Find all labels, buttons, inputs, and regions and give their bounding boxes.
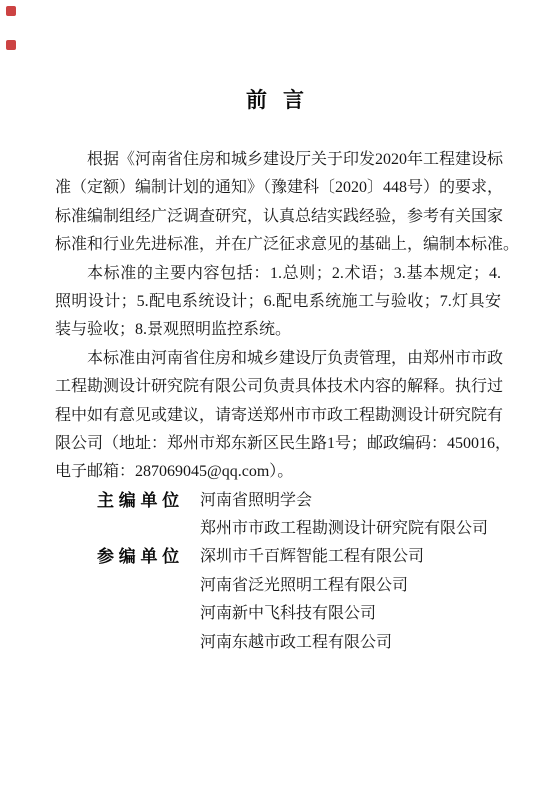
title-char-2: 言 — [283, 88, 304, 113]
body-line: 本标准由河南省住房和城乡建设厅负责管理，由郑州市市政 — [55, 345, 501, 373]
body-line: 本标准的主要内容包括：1.总则；2.术语；3.基本规定；4. — [55, 260, 501, 288]
body-line: 工程勘测设计研究院有限公司负责具体技术内容的解释。执行过 — [55, 373, 501, 401]
body-line: 准（定额）编制计划的通知》（豫建科〔2020〕448号）的要求， — [55, 174, 501, 202]
unit-name: 河南东越市政工程有限公司 — [200, 629, 392, 657]
co-editor-label: 参 编 单 位 — [97, 543, 179, 571]
unit-row: 河南省泛光照明工程有限公司 — [55, 572, 501, 600]
body-line: 装与验收；8.景观照明监控系统。 — [55, 316, 501, 344]
unit-row: 河南新中飞科技有限公司 — [55, 600, 501, 628]
unit-name: 深圳市千百辉智能工程有限公司 — [200, 543, 424, 571]
red-marker-bottom — [6, 40, 16, 50]
unit-name: 郑州市市政工程勘测设计研究院有限公司 — [200, 515, 488, 543]
body-text: 根据《河南省住房和城乡建设厅关于印发2020年工程建设标 准（定额）编制计划的通… — [55, 146, 501, 657]
body-line: 根据《河南省住房和城乡建设厅关于印发2020年工程建设标 — [55, 146, 501, 174]
unit-name: 河南新中飞科技有限公司 — [200, 600, 376, 628]
unit-row: 参 编 单 位 深圳市千百辉智能工程有限公司 — [55, 543, 501, 571]
unit-name: 河南省照明学会 — [200, 487, 312, 515]
body-line: 程中如有意见或建议，请寄送郑州市市政工程勘测设计研究院有 — [55, 402, 501, 430]
unit-row: 主 编 单 位 河南省照明学会 — [55, 487, 501, 515]
chief-editor-label: 主 编 单 位 — [97, 487, 179, 515]
unit-row: 河南东越市政工程有限公司 — [55, 629, 501, 657]
body-line: 照明设计；5.配电系统设计；6.配电系统施工与验收；7.灯具安 — [55, 288, 501, 316]
body-line: 标准编制组经广泛调查研究，认真总结实践经验，参考有关国家 — [55, 203, 501, 231]
body-line: 电子邮箱：287069045@qq.com）。 — [55, 458, 501, 486]
body-line: 标准和行业先进标准，并在广泛征求意见的基础上，编制本标准。 — [55, 231, 501, 259]
unit-row: 郑州市市政工程勘测设计研究院有限公司 — [55, 515, 501, 543]
body-line: 限公司（地址：郑州市郑东新区民生路1号；邮政编码：450016， — [55, 430, 501, 458]
page-title: 前 言 — [0, 88, 550, 113]
unit-name: 河南省泛光照明工程有限公司 — [200, 572, 408, 600]
document-page: 前 言 根据《河南省住房和城乡建设厅关于印发2020年工程建设标 准（定额）编制… — [0, 0, 550, 798]
title-char-1: 前 — [246, 88, 267, 113]
red-marker-top — [6, 6, 16, 16]
